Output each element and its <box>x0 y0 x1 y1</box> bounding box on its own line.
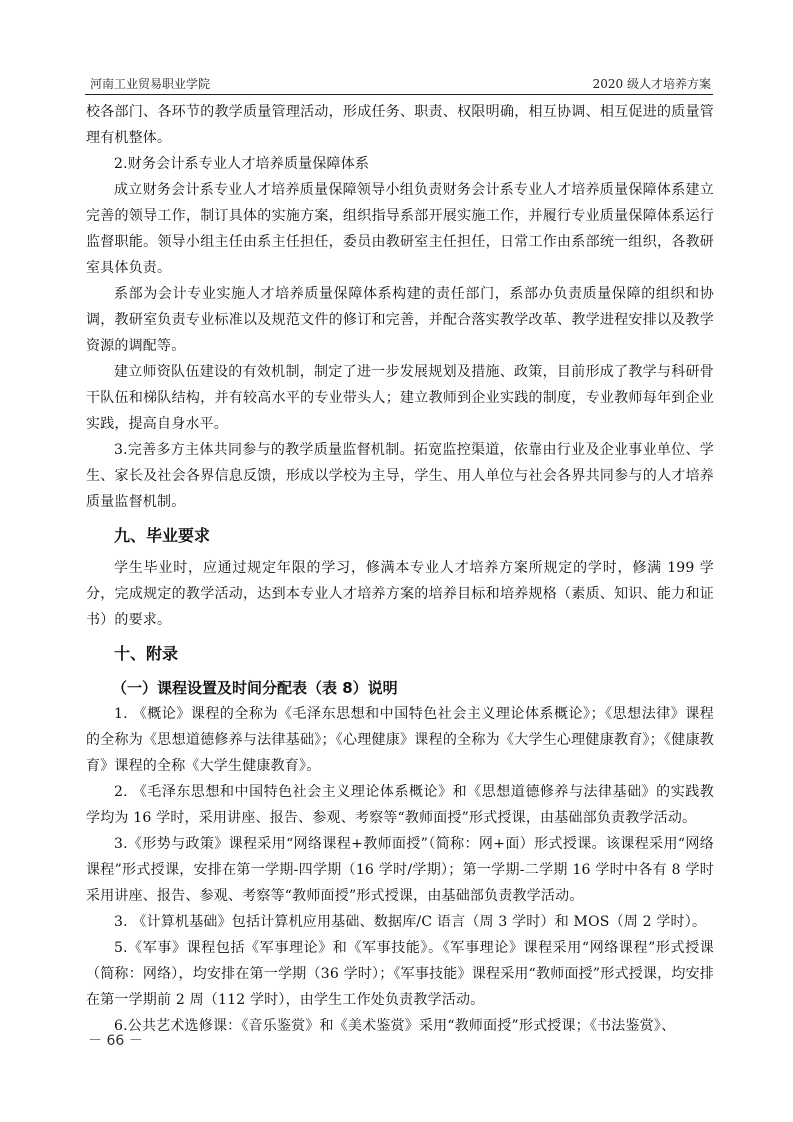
paragraph-department-responsibility: 系部为会计专业实施人才培养质量保障体系构建的责任部门，系部办负责质量保障的组织和… <box>86 281 714 359</box>
note-item-4: 3. 《计算机基础》包括计算机应用基础、数据库/C 语言（周 3 学时）和 MO… <box>86 909 714 935</box>
section-heading-graduation-requirements: 九、毕业要求 <box>86 523 714 549</box>
note-item-6: 6.公共艺术选修课：《音乐鉴赏》和《美术鉴赏》采用“教师面授”形式授课；《书法鉴… <box>86 1013 714 1039</box>
page-header: 河南工业贸易职业学院 2020 级人才培养方案 <box>85 76 713 95</box>
subheading-finance-quality-system: 2.财务会计系专业人才培养质量保障体系 <box>86 151 714 177</box>
note-item-5: 5.《军事》课程包括《军事理论》和《军事技能》。《军事理论》课程采用“网络课程”… <box>86 935 714 1013</box>
paragraph-faculty-mechanism: 建立师资队伍建设的有效机制，制定了进一步发展规划及措施、政策，目前形成了教学与科… <box>86 359 714 437</box>
note-item-3: 3.《形势与政策》课程采用“网络课程+教师面授”（简称：网+面）形式授课。该课程… <box>86 831 714 909</box>
subsection-heading-course-schedule: （一）课程设置及时间分配表（表 8）说明 <box>86 675 714 701</box>
paragraph-leadership-group: 成立财务会计系专业人才培养质量保障领导小组负责财务会计系专业人才培养质量保障体系… <box>86 177 714 281</box>
section-heading-appendix: 十、附录 <box>86 641 714 667</box>
paragraph-graduation-requirements: 学生毕业时，应通过规定年限的学习，修满本专业人才培养方案所规定的学时，修满 19… <box>86 555 714 633</box>
page-content: 校各部门、各环节的教学质量管理活动，形成任务、职责、权限明确，相互协调、相互促进… <box>86 99 714 1039</box>
paragraph-quality-supervision: 3.完善多方主体共同参与的教学质量监督机制。拓宽监控渠道，依靠由行业及企业事业单… <box>86 437 714 515</box>
note-item-2: 2. 《毛泽东思想和中国特色社会主义理论体系概论》和《思想道德修养与法律基础》的… <box>86 779 714 831</box>
note-item-1: 1. 《概论》课程的全称为《毛泽东思想和中国特色社会主义理论体系概论》；《思想法… <box>86 701 714 779</box>
header-institution: 河南工业贸易职业学院 <box>90 77 210 91</box>
header-document-title: 2020 级人才培养方案 <box>593 77 711 91</box>
paragraph-continuation: 校各部门、各环节的教学质量管理活动，形成任务、职责、权限明确，相互协调、相互促进… <box>86 99 714 151</box>
page-number: － 66 － <box>88 1030 143 1050</box>
